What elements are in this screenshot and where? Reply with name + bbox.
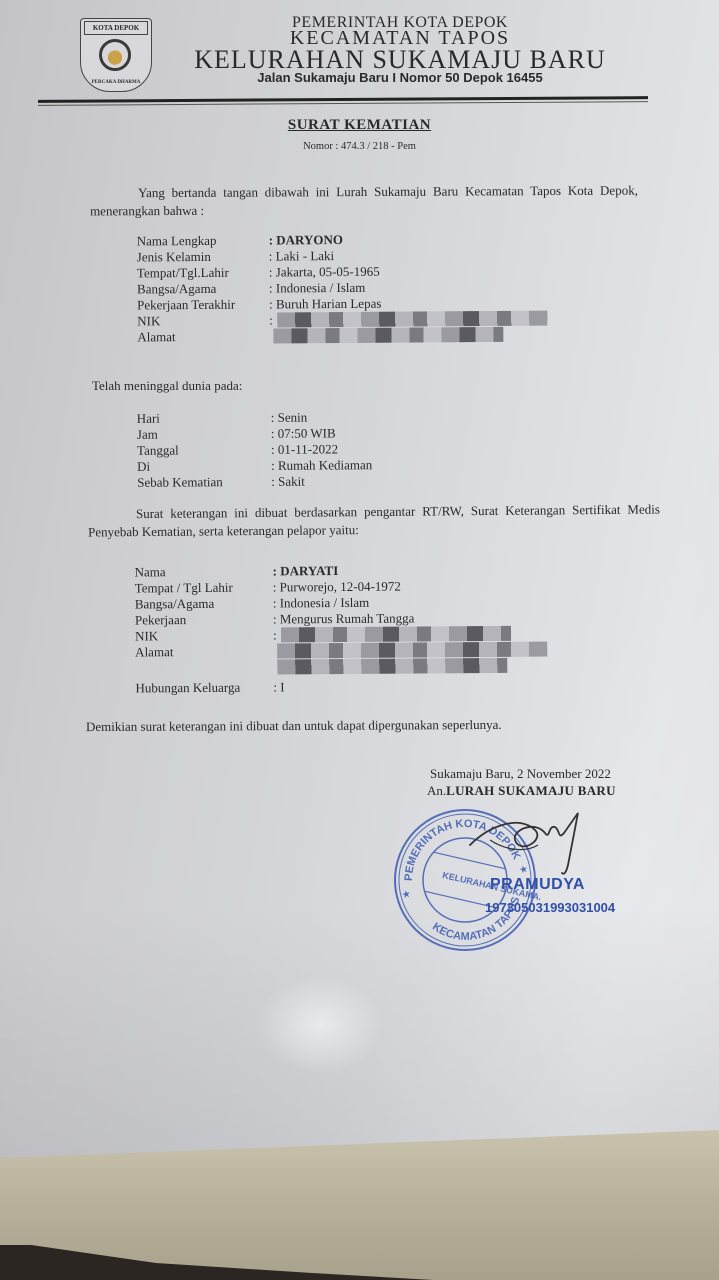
death-field-row: Jam: 07:50 WIB	[137, 425, 372, 443]
death-field-value: : 01-11-2022	[271, 441, 338, 457]
deceased-field-label: Bangsa/Agama	[137, 281, 269, 298]
death-field-row: Tanggal: 01-11-2022	[137, 441, 372, 459]
deceased-field-label: Jenis Kelamin	[137, 249, 269, 266]
reporter-field-value: :	[273, 627, 277, 643]
svg-text:★: ★	[401, 889, 412, 902]
redacted-block	[277, 658, 507, 675]
intro-paragraph: Yang bertanda tangan dibawah ini Lurah S…	[90, 182, 638, 221]
redacted-block	[277, 311, 547, 328]
death-field-row: Sebab Kematian: Sakit	[137, 473, 372, 491]
deceased-field-value: : Laki - Laki	[269, 248, 334, 264]
role-title: LURAH SUKAMAJU BARU	[446, 783, 616, 798]
death-field-label: Hari	[137, 410, 271, 427]
signature-scribble-icon	[460, 805, 590, 875]
reporter-field-value: : I	[273, 679, 284, 695]
death-intro: Telah meninggal dunia pada:	[92, 378, 242, 394]
deceased-details: Nama Lengkap: DARYONOJenis Kelamin: Laki…	[137, 231, 547, 346]
basis-text: Surat keterangan ini dibuat berdasarkan …	[88, 502, 660, 540]
deceased-field-value: : Buruh Harian Lepas	[269, 296, 381, 313]
reporter-field-label: Hubungan Keluarga	[135, 679, 273, 696]
signature-place-date: Sukamaju Baru, 2 November 2022	[430, 766, 611, 782]
document-title: SURAT KEMATIAN	[0, 117, 719, 134]
basis-paragraph: Surat keterangan ini dibuat berdasarkan …	[88, 501, 660, 542]
death-details: Hari: SeninJam: 07:50 WIBTanggal: 01-11-…	[137, 409, 373, 491]
redacted-block	[277, 642, 547, 659]
deceased-field-label: Nama Lengkap	[137, 233, 269, 250]
reporter-field-value: : DARYATI	[273, 563, 339, 579]
emblem-icon	[99, 39, 131, 71]
death-field-row: Di: Rumah Kediaman	[137, 457, 372, 475]
role-prefix: An.	[427, 783, 446, 798]
reporter-field-label: Alamat	[135, 643, 273, 660]
reporter-field-label: Pekerjaan	[135, 611, 273, 628]
deceased-field-value: :	[269, 312, 273, 328]
reporter-details: Nama: DARYATITempat / Tgl Lahir: Purwore…	[135, 562, 548, 697]
death-field-label: Sebab Kematian	[137, 474, 271, 491]
document-number: Nomor : 474.3 / 218 - Pem	[0, 141, 719, 152]
kota-depok-logo: KOTA DEPOK PERCAKA DHARMA	[80, 18, 152, 92]
reporter-field-value: : Mengurus Rumah Tangga	[273, 610, 415, 627]
reporter-field-label: Nama	[135, 563, 273, 580]
deceased-field-value: : Jakarta, 05-05-1965	[269, 264, 380, 281]
closing-statement: Demikian surat keterangan ini dibuat dan…	[86, 717, 502, 735]
death-field-label: Tanggal	[137, 442, 271, 459]
signatory-name: PRAMUDYA	[490, 876, 585, 894]
deceased-field-value: : Indonesia / Islam	[269, 280, 366, 297]
signature-role: An.LURAH SUKAMAJU BARU	[427, 783, 616, 799]
death-field-value: : Rumah Kediaman	[271, 457, 372, 474]
deceased-field-label: Alamat	[137, 329, 269, 346]
reporter-field-label	[135, 659, 273, 676]
redacted-block	[273, 327, 503, 344]
deceased-field-label: Tempat/Tgl.Lahir	[137, 265, 269, 282]
death-field-value: : Senin	[271, 410, 308, 426]
intro-text: Yang bertanda tangan dibawah ini Lurah S…	[90, 183, 638, 219]
deceased-field-label: Pekerjaan Terakhir	[137, 297, 269, 314]
reporter-field-label: Bangsa/Agama	[135, 595, 273, 612]
logo-label: KOTA DEPOK	[84, 21, 148, 35]
redacted-block	[281, 626, 511, 643]
death-field-value: : 07:50 WIB	[271, 425, 336, 441]
deceased-field-value: : DARYONO	[269, 232, 343, 249]
death-field-row: Hari: Senin	[137, 409, 372, 427]
reporter-field-value: : Indonesia / Islam	[273, 595, 370, 612]
reporter-field-value: : Purworejo, 12-04-1972	[273, 579, 401, 596]
reporter-field-label: Tempat / Tgl Lahir	[135, 579, 273, 596]
death-field-label: Di	[137, 458, 271, 475]
reporter-field-label: NIK	[135, 627, 273, 644]
signatory-nip: 19730503199303100​4	[485, 900, 615, 915]
reporter-field-row	[135, 658, 547, 677]
header-address: Jalan Sukamaju Baru I Nomor 50 Depok 164…	[160, 70, 640, 85]
death-field-value: : Sakit	[271, 474, 305, 490]
deceased-field-label: NIK	[137, 313, 269, 330]
logo-motto: PERCAKA DHARMA	[81, 80, 151, 85]
death-field-label: Jam	[137, 426, 271, 443]
deceased-field-row: Alamat	[137, 327, 547, 346]
reporter-field-row: Hubungan Keluarga: I	[135, 678, 547, 697]
